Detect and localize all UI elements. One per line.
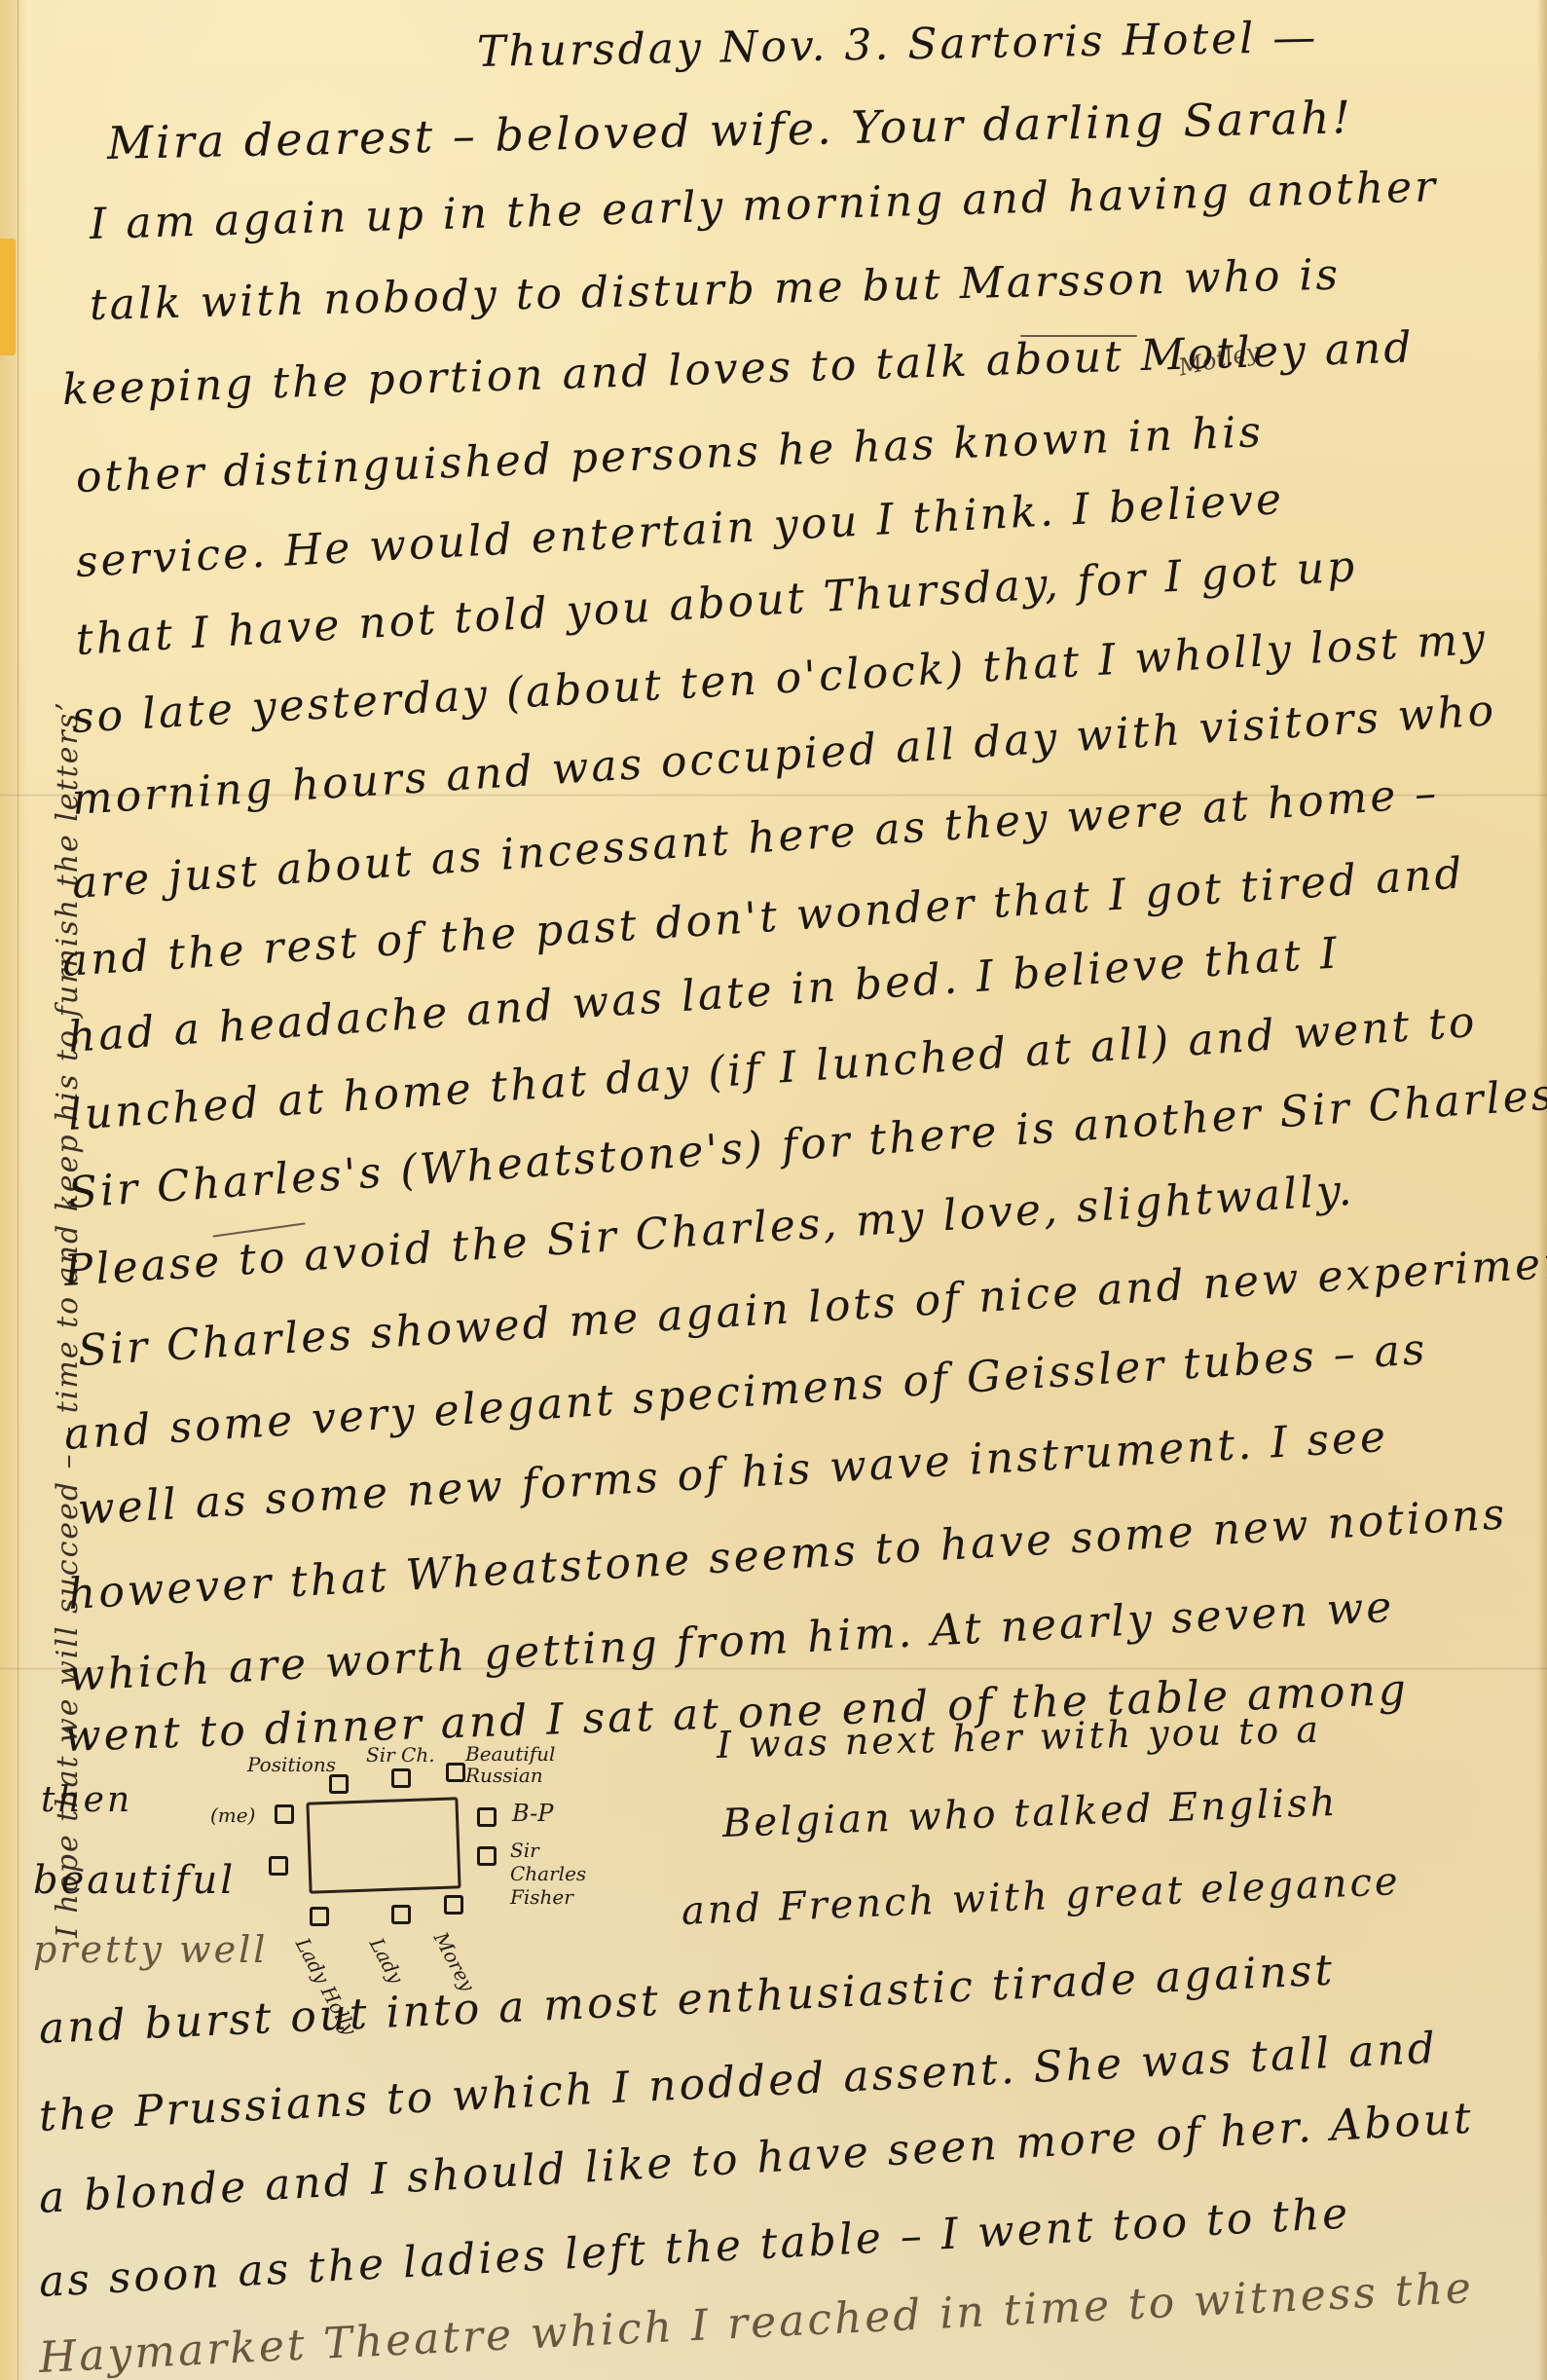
sketch-side-word: beautiful bbox=[33, 1858, 236, 1903]
seat-icon bbox=[329, 1774, 349, 1794]
letter-line: and French with great elegance bbox=[681, 1859, 1401, 1934]
seat-icon bbox=[269, 1856, 288, 1876]
page-right-edge bbox=[1537, 0, 1547, 2380]
sketch-label-beautiful-russian: Beautiful Russian bbox=[465, 1743, 611, 1786]
margin-rule bbox=[18, 0, 18, 2380]
yellow-tape-strip bbox=[0, 239, 16, 355]
sketch-label-bp: B-P bbox=[512, 1800, 553, 1827]
seat-icon bbox=[444, 1895, 463, 1915]
letter-salutation: Mira dearest – beloved wife. Your darlin… bbox=[106, 91, 1353, 169]
seat-icon bbox=[477, 1846, 497, 1866]
seat-icon bbox=[275, 1804, 294, 1824]
letter-line: I am again up in the early morning and h… bbox=[89, 162, 1438, 249]
sketch-side-word: then bbox=[41, 1780, 132, 1820]
letter-line: talk with nobody to disturb me but Marss… bbox=[89, 250, 1341, 330]
sketch-side-word: pretty well bbox=[33, 1928, 268, 1971]
dinner-table-drawing bbox=[306, 1797, 460, 1893]
sketch-label-me: (me) bbox=[210, 1804, 255, 1827]
letter-line: Belgian who talked English bbox=[721, 1780, 1339, 1846]
sketch-label-sir-charles-fisher: Sir Charles Fisher bbox=[510, 1839, 617, 1909]
page-binding bbox=[0, 0, 27, 2380]
seat-icon bbox=[446, 1763, 465, 1782]
letter-line: keeping the portion and loves to talk ab… bbox=[61, 322, 1415, 415]
seat-icon bbox=[310, 1907, 329, 1926]
sketch-label-bottom: Lady bbox=[365, 1934, 408, 1988]
letter-heading: Thursday Nov. 3. Sartoris Hotel — bbox=[477, 13, 1319, 77]
sketch-label-positions: Positions bbox=[247, 1753, 336, 1776]
sketch-label-sir-ch: Sir Ch. bbox=[366, 1743, 435, 1766]
letter-page: I hope that we will succeed – – time to … bbox=[0, 0, 1547, 2380]
seat-icon bbox=[391, 1905, 411, 1924]
seat-icon bbox=[477, 1807, 497, 1827]
seat-icon bbox=[391, 1768, 411, 1788]
